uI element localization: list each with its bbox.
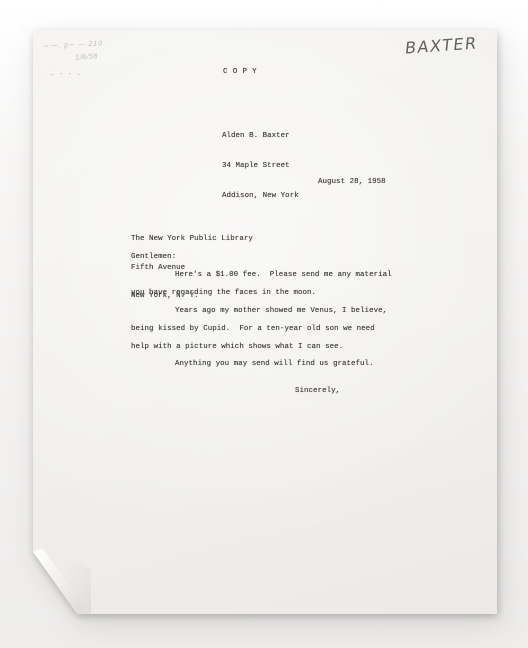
pencil-scribble-line-3: – ‐ ‐ – xyxy=(50,70,83,78)
pencil-scribble-line-2: 1/6/58 xyxy=(75,52,98,62)
paper-shadow-wrap: ~·~, p~ — 210 1/6/58 – ‐ ‐ – BAXTER C O … xyxy=(0,0,528,648)
pencil-scribble-line-1: ~·~, p~ — 210 xyxy=(43,39,103,50)
sender-street: 34 Maple Street xyxy=(222,161,299,171)
body-line: Years ago my mother showed me Venus, I b… xyxy=(175,307,387,317)
letter-page: ~·~, p~ — 210 1/6/58 – ‐ ‐ – BAXTER C O … xyxy=(33,30,497,614)
copy-label: C O P Y xyxy=(223,68,257,78)
scanned-letter-photo: ~·~, p~ — 210 1/6/58 – ‐ ‐ – BAXTER C O … xyxy=(0,0,528,648)
sender-city: Addison, New York xyxy=(222,191,299,201)
salutation: Gentlemen: xyxy=(131,253,176,263)
recipient-address-block: The New York Public Library Fifth Avenue… xyxy=(131,216,253,321)
body-line: being kissed by Cupid. For a ten-year ol… xyxy=(131,325,375,335)
body-line: Anything you may send will find us grate… xyxy=(175,360,374,370)
sender-address-block: Alden B. Baxter 34 Maple Street Addison,… xyxy=(222,111,299,221)
body-line: help with a picture which shows what I c… xyxy=(131,343,343,353)
closing: Sincerely, xyxy=(295,387,340,397)
body-line: Here's a $1.00 fee. Please send me any m… xyxy=(175,271,392,281)
handwritten-name-annotation: BAXTER xyxy=(404,33,478,57)
date-line: August 28, 1958 xyxy=(318,178,386,188)
sender-name: Alden B. Baxter xyxy=(222,131,299,141)
body-line: you have regarding the faces in the moon… xyxy=(131,289,316,299)
recipient-line-1: The New York Public Library xyxy=(131,235,253,245)
